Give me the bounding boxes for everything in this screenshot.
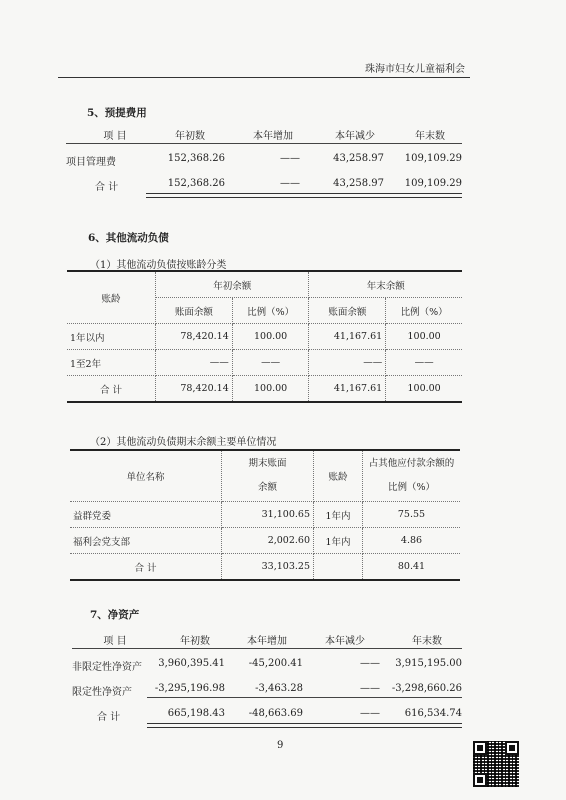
unit-total-ratio: 80.41 (363, 554, 461, 581)
aging-total-begin-amt: 78,420.14 (156, 376, 233, 403)
table-row: 1年以内 78,420.14 100.00 41,167.61 100.00 (67, 324, 462, 350)
s7-total-begin: 665,198.43 (145, 708, 225, 719)
s5-row-end: 109,109.29 (385, 153, 462, 164)
aging-row-begin-ratio: 100.00 (232, 324, 309, 350)
s5-col-increase: 本年增加 (238, 127, 308, 142)
unit-col-ratio-line2: 比例（%） (366, 476, 457, 500)
unit-total-label: 合 计 (70, 554, 222, 581)
table-row: 益群党委 31,100.65 1年内 75.55 (70, 502, 460, 528)
table-row: 合 计 78,420.14 100.00 41,167.61 100.00 (67, 376, 462, 403)
s7-row-item: 限定性净资产 (72, 683, 132, 698)
s7-row-increase: -3,463.28 (225, 683, 303, 694)
aging-total-begin-ratio: 100.00 (232, 376, 309, 403)
aging-row-begin-amt: 78,420.14 (156, 324, 233, 350)
unit-row-name: 福利会党支部 (70, 528, 222, 554)
aging-col-end-ratio: 比例（%） (386, 298, 462, 324)
s7-row-begin: -3,295,196.98 (140, 683, 225, 694)
s5-total-item: 合 计 (95, 178, 118, 193)
s7-row-item: 非限定性净资产 (72, 658, 142, 673)
unit-col-balance-line1: 期末账面 (225, 452, 310, 476)
section5-title: 5、预提费用 (87, 105, 147, 120)
s7-row-begin: 3,960,395.41 (145, 658, 225, 669)
aging-col-end-book: 账面余额 (309, 298, 386, 324)
s7-row-decrease: —— (350, 658, 390, 669)
s5-col-end: 年末数 (395, 127, 465, 142)
s7-row-increase: -45,200.41 (225, 658, 303, 669)
unit-balance-table: 单位名称 期末账面 余额 账龄 占其他应付款余额的 比例（%） 益群党委 31,… (70, 449, 460, 581)
s7-total-item: 合 计 (97, 708, 120, 723)
aging-row-age: 1至2年 (67, 350, 156, 376)
aging-row-end-ratio: 100.00 (386, 324, 462, 350)
s5-col-decrease: 本年减少 (320, 127, 390, 142)
s5-total-decrease: 43,258.97 (300, 178, 384, 189)
s5-row-item: 项目管理费 (66, 153, 116, 168)
aging-total-end-amt: 41,167.61 (309, 376, 386, 403)
aging-col-begin-book: 账面余额 (156, 298, 233, 324)
unit-row-ratio: 4.86 (363, 528, 461, 554)
unit-total-balance: 33,103.25 (222, 554, 314, 581)
s7-total-end: 616,534.74 (385, 708, 462, 719)
aging-row-begin-ratio: —— (232, 350, 309, 376)
aging-row-begin-amt: —— (156, 350, 233, 376)
page-number: 9 (277, 740, 283, 751)
header-organization: 珠海市妇女儿童福利会 (365, 60, 465, 75)
aging-total-end-ratio: 100.00 (386, 376, 462, 403)
s5-col-item: 项 目 (90, 127, 140, 142)
unit-row-balance: 31,100.65 (222, 502, 314, 528)
aging-row-end-ratio: —— (386, 350, 462, 376)
s5-col-begin: 年初数 (155, 127, 225, 142)
aging-row-end-amt: —— (309, 350, 386, 376)
s5-total-end: 109,109.29 (385, 178, 462, 189)
aging-col-begin-group: 年初余额 (156, 271, 309, 298)
qr-code-icon (473, 741, 519, 787)
unit-col-balance: 期末账面 余额 (222, 450, 314, 502)
aging-col-age: 账龄 (67, 271, 156, 324)
unit-row-age: 1年内 (314, 528, 363, 554)
s7-col-item: 项 目 (90, 632, 140, 647)
aging-table: 账龄 年初余额 年末余额 账面余额 比例（%） 账面余额 比例（%） 1年以内 … (67, 270, 462, 403)
s5-row-begin: 152,368.26 (150, 153, 225, 164)
s7-total-double-rule (147, 723, 462, 728)
table-row: 福利会党支部 2,002.60 1年内 4.86 (70, 528, 460, 554)
s7-total-decrease: —— (350, 708, 390, 719)
unit-col-age: 账龄 (314, 450, 363, 502)
aging-col-begin-ratio: 比例（%） (232, 298, 309, 324)
aging-col-end-group: 年末余额 (309, 271, 462, 298)
s7-col-begin: 年初数 (160, 632, 230, 647)
s7-row-end: 3,915,195.00 (385, 658, 462, 669)
section6-sub2-title: （2）其他流动负债期末余额主要单位情况 (90, 433, 276, 448)
table-row: 1至2年 —— —— —— —— (67, 350, 462, 376)
document-page: 珠海市妇女儿童福利会 5、预提费用 项 目 年初数 本年增加 本年减少 年末数 … (0, 0, 566, 800)
aging-row-age: 1年以内 (67, 324, 156, 350)
qr-finder-icon (505, 741, 519, 755)
unit-col-ratio: 占其他应付款余额的 比例（%） (363, 450, 461, 502)
section6-title: 6、其他流动负债 (88, 230, 169, 245)
s7-row-end: -3,298,660.26 (380, 683, 462, 694)
s7-col-end: 年末数 (392, 632, 462, 647)
unit-row-balance: 2,002.60 (222, 528, 314, 554)
unit-total-age (314, 554, 363, 581)
unit-row-ratio: 75.55 (363, 502, 461, 528)
unit-col-ratio-line1: 占其他应付款余额的 (366, 452, 457, 476)
header-rule (58, 77, 470, 78)
unit-row-name: 益群党委 (70, 502, 222, 528)
s5-total-double-rule (146, 193, 462, 198)
s7-col-increase: 本年增加 (232, 632, 302, 647)
aging-total-label: 合 计 (67, 376, 156, 403)
s7-header-rule (72, 648, 462, 649)
aging-row-end-amt: 41,167.61 (309, 324, 386, 350)
s5-total-begin: 152,368.26 (150, 178, 225, 189)
qr-finder-icon (473, 741, 487, 755)
qr-finder-icon (473, 773, 487, 787)
s7-subtotal-rule (147, 697, 462, 698)
section7-title: 7、净资产 (90, 607, 139, 622)
s5-header-rule (66, 143, 462, 144)
unit-col-balance-line2: 余额 (225, 476, 310, 500)
section6-sub1-title: （1）其他流动负债按账龄分类 (90, 256, 226, 271)
s7-col-decrease: 本年减少 (310, 632, 380, 647)
s7-total-increase: -48,663.69 (225, 708, 303, 719)
s5-row-decrease: 43,258.97 (300, 153, 384, 164)
table-row: 合 计 33,103.25 80.41 (70, 554, 460, 581)
unit-col-name: 单位名称 (70, 450, 222, 502)
unit-row-age: 1年内 (314, 502, 363, 528)
